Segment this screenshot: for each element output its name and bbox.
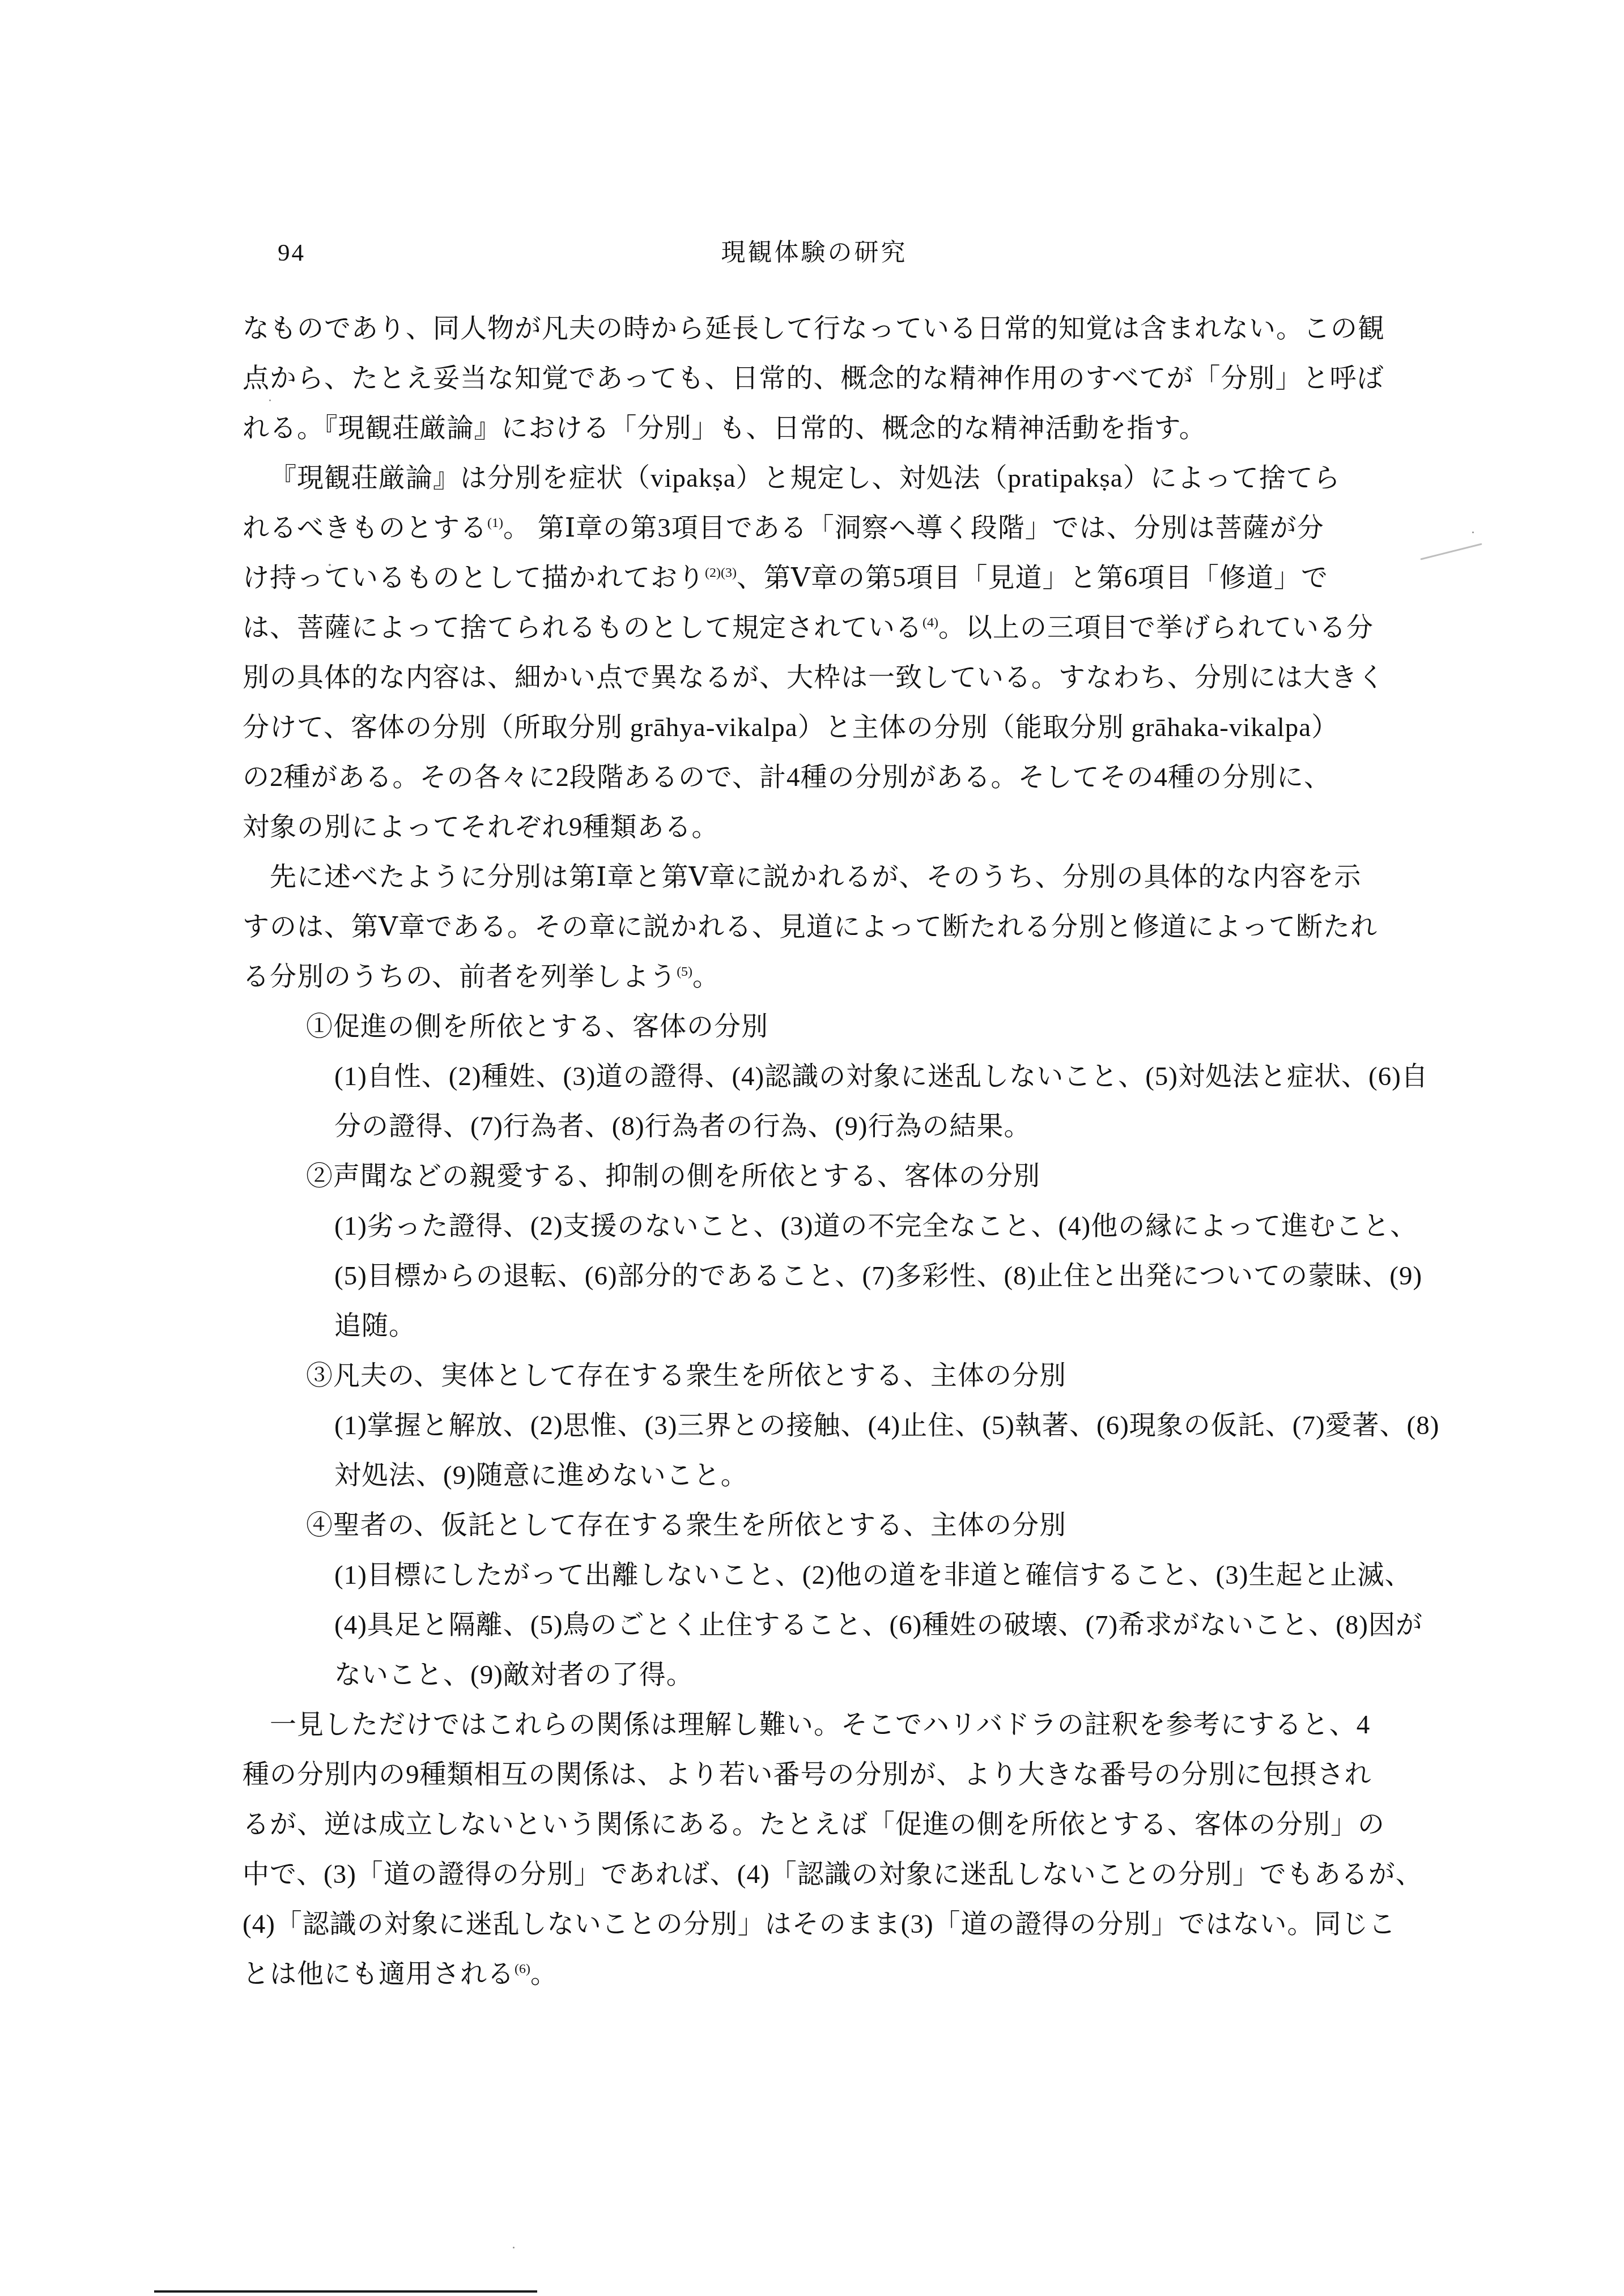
list-item-heading: ③凡夫の、実体として存在する衆生を所依とする、主体の分別 [243,1351,1387,1401]
list-item: ないこと、(9)敵対者の了得。 [243,1650,1387,1700]
list-item: 分の證得、(7)行為者、(8)行為者の行為、(9)行為の結果。 [243,1102,1387,1151]
text-line: る分別のうちの、前者を列挙しよう(5)。 [243,952,1387,1002]
text-line: なものであり、同人物が凡夫の時から延長して行なっている日常的知覚は含まれない。こ… [243,304,1387,354]
footnote-ref: (1) [487,516,503,530]
list-item: (1)掌握と解放、(2)思惟、(3)三界との接触、(4)止住、(5)執著、(6)… [243,1401,1387,1451]
scan-speck [269,399,271,401]
running-title: 現観体験の研究 [243,236,1386,271]
text-line: れる。『現観荘厳論』における「分別」も、日常的、概念的な精神活動を指す。 [243,403,1387,453]
scanned-page: 94 現観体験の研究 なものであり、同人物が凡夫の時から延長して行なっている日常… [0,0,1624,2296]
list-item: (5)目標からの退転、(6)部分的であること、(7)多彩性、(8)止住と出発につ… [243,1251,1387,1301]
page-header: 94 現観体験の研究 [243,236,1386,271]
text-line: は、菩薩によって捨てられるものとして規定されている(4)。以上の三項目で挙げられ… [243,603,1387,653]
text-line: るが、逆は成立しないという関係にある。たとえば「促進の側を所依とする、客体の分別… [243,1800,1387,1849]
list-item: (4)具足と隔離、(5)鳥のごとく止住すること、(6)種姓の破壊、(7)希求がな… [243,1600,1387,1650]
footnote-ref: (5) [677,964,692,979]
list-item-heading: ④聖者の、仮託として存在する衆生を所依とする、主体の分別 [243,1500,1387,1550]
text-line: 分けて、客体の分別（所取分別 grāhya-vikalpa）と主体の分別（能取分… [243,703,1387,752]
scan-artifact-line [154,2290,537,2293]
text-line: 点から、たとえ妥当な知覚であっても、日常的、概念的な精神作用のすべてが「分別」と… [243,354,1387,403]
pencil-mark [1420,543,1482,560]
text-line: れるべきものとする(1)。 第Ⅰ章の第3項目である「洞察へ導く段階」では、分別は… [243,503,1387,553]
text-line: 中で、(3)「道の證得の分別」であれば、(4)「認識の対象に迷乱しないことの分別… [243,1849,1387,1899]
list-item: (1)自性、(2)種姓、(3)道の證得、(4)認識の対象に迷乱しないこと、(5)… [243,1052,1387,1102]
list-item: 対処法、(9)随意に進めないこと。 [243,1451,1387,1500]
list-item: (1)目標にしたがって出離しないこと、(2)他の道を非道と確信すること、(3)生… [243,1550,1387,1600]
list-item: 追随。 [243,1301,1387,1351]
footnote-ref: (2)(3) [705,566,737,580]
text-line: 対象の別によってそれぞれ9種類ある。 [243,802,1387,852]
scan-speck [329,564,331,566]
text-line: 別の具体的な内容は、細かい点で異なるが、大枠は一致している。すなわち、分別には大… [243,653,1387,703]
body-text: なものであり、同人物が凡夫の時から延長して行なっている日常的知覚は含まれない。こ… [243,304,1387,1999]
footnote-ref: (6) [515,1962,530,1976]
text-line: とは他にも適用される(6)。 [243,1949,1387,1999]
scan-speck [623,1621,625,1622]
text-line: 一見しただけではこれらの関係は理解し難い。そこでハリバドラの註釈を参考にすると、… [243,1700,1387,1750]
text-line: 種の分別内の9種類相互の関係は、より若い番号の分別が、より大きな番号の分別に包摂… [243,1750,1387,1800]
text-line: 先に述べたように分別は第Ⅰ章と第Ⅴ章に説かれるが、そのうち、分別の具体的な内容を… [243,852,1387,902]
text-line: すのは、第Ⅴ章である。その章に説かれる、見道によって断たれる分別と修道によって断… [243,902,1387,952]
text-line: け持っているものとして描かれており(2)(3)、第Ⅴ章の第5項目「見道」と第6項… [243,553,1387,603]
page-number: 94 [278,236,305,271]
list-item-heading: ①促進の側を所依とする、客体の分別 [243,1002,1387,1052]
text-line: (4)「認識の対象に迷乱しないことの分別」はそのまま(3)「道の證得の分別」では… [243,1899,1387,1949]
footnote-ref: (4) [922,615,938,630]
text-line: の2種がある。その各々に2段階あるので、計4種の分別がある。そしてその4種の分別… [243,752,1387,802]
scan-speck [513,2247,515,2248]
list-item: (1)劣った證得、(2)支援のないこと、(3)道の不完全なこと、(4)他の縁によ… [243,1201,1387,1251]
text-line: 『現観荘厳論』は分別を症状（vipakṣa）と規定し、対処法（pratipakṣ… [243,453,1387,503]
scan-speck [1472,532,1474,533]
list-item-heading: ②声聞などの親愛する、抑制の側を所依とする、客体の分別 [243,1151,1387,1201]
